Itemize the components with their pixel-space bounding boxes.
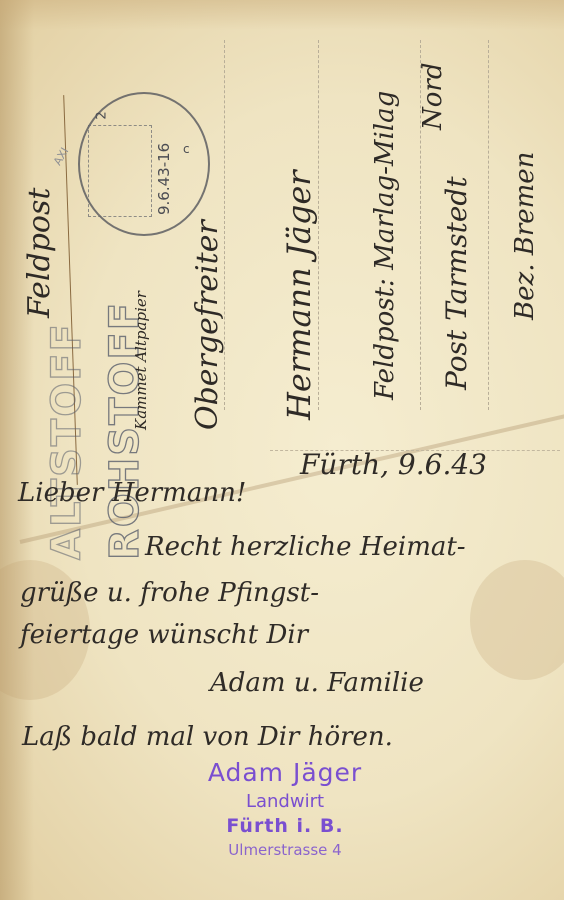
postmark-code: c: [183, 142, 190, 156]
message-line: Recht herzliche Heimat-: [145, 532, 466, 562]
slogan-altstoff: ALTSTOFF: [44, 322, 90, 560]
water-stain: [470, 560, 564, 680]
recipient-fieldpost: Feldpost: Marlag-Milag: [370, 91, 400, 400]
sender-name: Adam Jäger: [160, 758, 410, 787]
aged-edge-left: [0, 0, 34, 900]
address-guide-line: [488, 40, 489, 410]
message-line: grüße u. frohe Pfingst-: [20, 578, 319, 608]
message-place-date: Fürth, 9.6.43: [300, 448, 487, 481]
sender-city: Fürth i. B.: [160, 815, 410, 837]
aged-edge-top: [0, 0, 564, 30]
sender-stamp: Adam Jäger Landwirt Fürth i. B. Ulmerstr…: [160, 758, 410, 859]
recipient-district: Bez. Bremen: [510, 152, 540, 320]
postcard-back: 9.6.43-16 c 2 AXI ALTSTOFF ROHSTOFF Feld…: [0, 0, 564, 900]
postmark-date: 9.6.43-16: [155, 143, 173, 215]
recipient-rank: Obergefreiter: [190, 220, 225, 430]
address-guide-line: [318, 40, 319, 410]
postmark-date-frame: [88, 125, 152, 217]
message-line: feiertage wünscht Dir: [20, 620, 308, 650]
message-line: Adam u. Familie: [210, 668, 424, 698]
recipient-name: Hermann Jäger: [280, 170, 318, 420]
postmark-number: 2: [95, 111, 110, 119]
recipient-extra: Nord: [418, 63, 448, 130]
message-line: Lieber Hermann!: [18, 478, 246, 508]
message-line: Laß bald mal von Dir hören.: [22, 722, 393, 752]
feldpost-label: Feldpost: [22, 188, 57, 318]
postmark-fragment: AXI: [51, 145, 71, 167]
sender-street: Ulmerstrasse 4: [160, 841, 410, 859]
recipient-post-office: Post Tarmstedt: [440, 176, 473, 390]
sender-occupation: Landwirt: [160, 791, 410, 812]
censor-note: Kammet Altpapier: [132, 291, 150, 430]
